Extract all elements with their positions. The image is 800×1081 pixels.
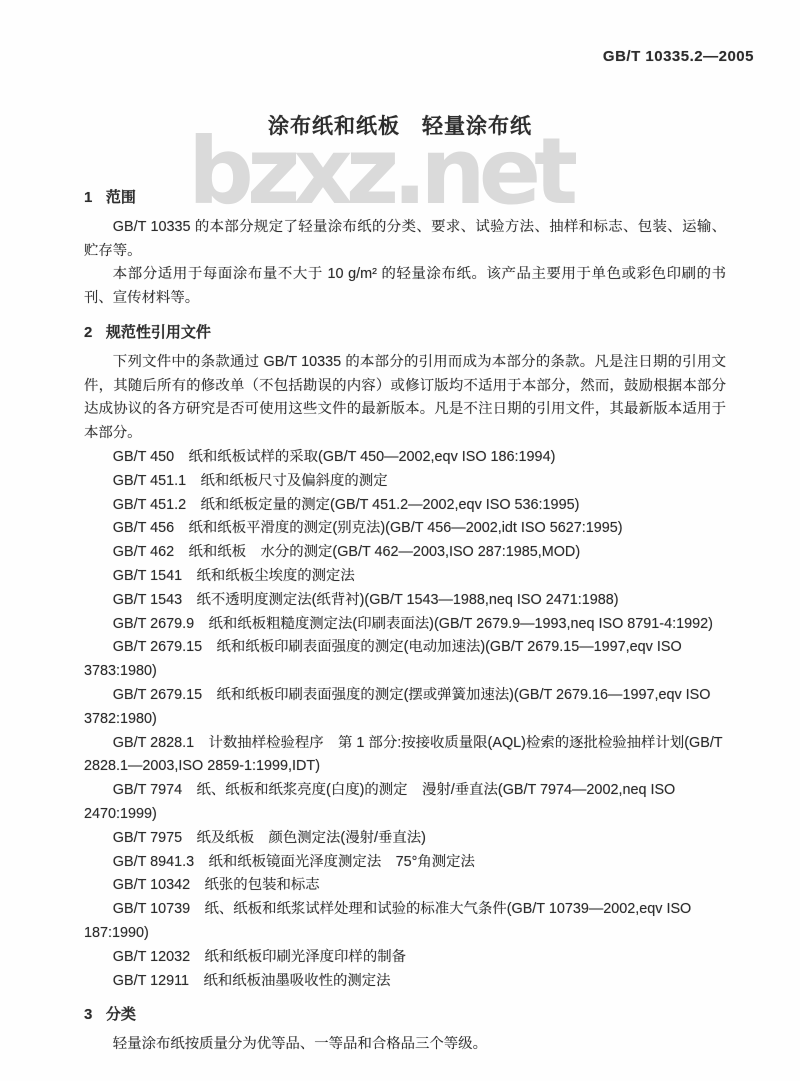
reference-item: GB/T 12032 纸和纸板印刷光泽度印样的制备: [84, 946, 726, 970]
reference-item: GB/T 462 纸和纸板 水分的测定(GB/T 462—2003,ISO 28…: [84, 541, 726, 565]
section-3-heading: 3分类: [84, 1003, 726, 1027]
section-3-paragraphs: 轻量涂布纸按质量分为优等品、一等品和合格品三个等级。: [84, 1033, 726, 1057]
normative-references-intro: 下列文件中的条款通过 GB/T 10335 的本部分的引用而成为本部分的条款。凡…: [84, 351, 726, 446]
reference-item: GB/T 2679.9 纸和纸板粗糙度测定法(印刷表面法)(GB/T 2679.…: [84, 613, 726, 637]
reference-item: GB/T 2679.15 纸和纸板印刷表面强度的测定(电动加速法)(GB/T 2…: [84, 636, 726, 684]
body-paragraph: 轻量涂布纸按质量分为优等品、一等品和合格品三个等级。: [84, 1033, 726, 1057]
section-3-title: 分类: [106, 1006, 136, 1023]
reference-item: GB/T 8941.3 纸和纸板镜面光泽度测定法 75°角测定法: [84, 851, 726, 875]
section-1-paragraphs: GB/T 10335 的本部分规定了轻量涂布纸的分类、要求、试验方法、抽样和标志…: [84, 216, 726, 311]
section-1-heading: 1范围: [84, 186, 726, 210]
reference-item: GB/T 2679.15 纸和纸板印刷表面强度的测定(摆或弹簧加速法)(GB/T…: [84, 684, 726, 732]
reference-item: GB/T 450 纸和纸板试样的采取(GB/T 450—2002,eqv ISO…: [84, 446, 726, 470]
section-2-title: 规范性引用文件: [106, 324, 211, 341]
section-1-number: 1: [84, 189, 92, 206]
reference-item: GB/T 451.1 纸和纸板尺寸及偏斜度的测定: [84, 470, 726, 494]
standard-number: GB/T 10335.2—2005: [603, 48, 754, 65]
reference-item: GB/T 456 纸和纸板平滑度的测定(别克法)(GB/T 456—2002,i…: [84, 517, 726, 541]
reference-item: GB/T 12911 纸和纸板油墨吸收性的测定法: [84, 970, 726, 994]
reference-item: GB/T 2828.1 计数抽样检验程序 第 1 部分:按接收质量限(AQL)检…: [84, 732, 726, 780]
reference-item: GB/T 451.2 纸和纸板定量的测定(GB/T 451.2—2002,eqv…: [84, 494, 726, 518]
reference-item: GB/T 10739 纸、纸板和纸浆试样处理和试验的标准大气条件(GB/T 10…: [84, 898, 726, 946]
section-2-heading: 2规范性引用文件: [84, 321, 726, 345]
scanned-standard-page: GB/T 10335.2—2005 bzxz.net 涂布纸和纸板 轻量涂布纸 …: [0, 0, 800, 1081]
document-title: 涂布纸和纸板 轻量涂布纸: [0, 110, 800, 140]
document-body: 1范围 GB/T 10335 的本部分规定了轻量涂布纸的分类、要求、试验方法、抽…: [84, 186, 726, 1057]
section-2-number: 2: [84, 324, 92, 341]
reference-item: GB/T 1541 纸和纸板尘埃度的测定法: [84, 565, 726, 589]
body-paragraph: GB/T 10335 的本部分规定了轻量涂布纸的分类、要求、试验方法、抽样和标志…: [84, 216, 726, 264]
reference-item: GB/T 1543 纸不透明度测定法(纸背衬)(GB/T 1543—1988,n…: [84, 589, 726, 613]
reference-item: GB/T 10342 纸张的包装和标志: [84, 874, 726, 898]
reference-item: GB/T 7974 纸、纸板和纸浆亮度(白度)的测定 漫射/垂直法(GB/T 7…: [84, 779, 726, 827]
section-1-title: 范围: [106, 189, 136, 206]
normative-references-list: GB/T 450 纸和纸板试样的采取(GB/T 450—2002,eqv ISO…: [84, 446, 726, 993]
section-3-number: 3: [84, 1006, 92, 1023]
body-paragraph: 本部分适用于每面涂布量不大于 10 g/m² 的轻量涂布纸。该产品主要用于单色或…: [84, 263, 726, 311]
reference-item: GB/T 7975 纸及纸板 颜色测定法(漫射/垂直法): [84, 827, 726, 851]
